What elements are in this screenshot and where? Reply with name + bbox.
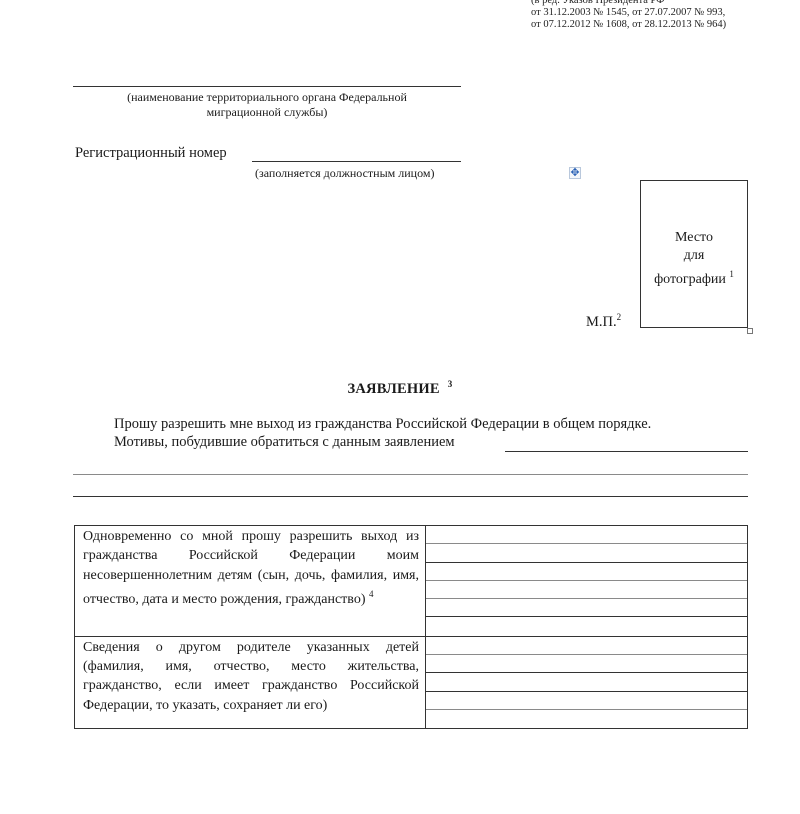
request-text: Прошу разрешить мне выход из гражданства… (114, 416, 651, 433)
table-row: Сведения о другом родителе указанных дет… (75, 636, 748, 728)
motives-field[interactable] (505, 451, 748, 452)
amendment-line: от 31.12.2003 № 1545, от 27.07.2007 № 99… (531, 7, 726, 19)
footnote-marker: 1 (729, 269, 734, 279)
statement-title: ЗАЯВЛЕНИЕ3 (0, 379, 800, 398)
footnote-marker: 3 (448, 379, 453, 389)
entry-line[interactable] (426, 544, 747, 562)
resize-handle-icon[interactable] (747, 328, 753, 334)
footnote-marker: 2 (617, 312, 622, 322)
amendment-line: от 07.12.2012 № 1608, от 28.12.2013 № 96… (531, 19, 726, 31)
table-entry-cell (426, 636, 748, 728)
title-text: ЗАЯВЛЕНИЕ (348, 381, 440, 397)
footnote-marker: 4 (369, 589, 374, 599)
entry-line[interactable] (426, 710, 747, 728)
reg-number-field[interactable] (252, 161, 461, 162)
entry-line[interactable] (426, 581, 747, 599)
entry-line[interactable] (426, 637, 747, 655)
table-entry-cell (426, 526, 748, 637)
photo-label-line: для (641, 247, 747, 265)
motives-field-line-2[interactable] (73, 474, 748, 475)
authority-caption-line: (наименование территориального органа Фе… (73, 90, 461, 105)
photo-label: Место для фотографии 1 (641, 229, 747, 289)
authority-caption: (наименование территориального органа Фе… (73, 90, 461, 120)
entry-line[interactable] (426, 563, 747, 581)
motives-field-line-3[interactable] (73, 496, 748, 497)
entry-line[interactable] (426, 599, 747, 617)
amendment-note: (в ред. Указов Президента РФ от 31.12.20… (531, 0, 726, 31)
entry-line[interactable] (426, 655, 747, 673)
photo-label-line: Место (641, 229, 747, 247)
photo-label-line: фотографии (654, 272, 726, 287)
move-handle-icon[interactable]: ✥ (569, 167, 581, 179)
other-parent-label: Сведения о другом родителе указанных дет… (83, 640, 419, 713)
authority-name-field[interactable] (73, 86, 461, 87)
stamp-text: М.П. (586, 314, 617, 330)
table-row: Одновременно со мной прошу разрешить вых… (75, 526, 748, 637)
entry-line[interactable] (426, 617, 747, 635)
authority-caption-line: миграционной службы) (73, 105, 461, 120)
entry-line[interactable] (426, 526, 747, 544)
reg-number-caption: (заполняется должностным лицом) (255, 166, 434, 181)
reg-number-label: Регистрационный номер (75, 145, 227, 162)
stamp-label: М.П.2 (586, 312, 621, 331)
table-label-cell: Одновременно со мной прошу разрешить вых… (75, 526, 426, 637)
motives-label: Мотивы, побудившие обратиться с данным з… (114, 434, 455, 451)
children-table: Одновременно со мной прошу разрешить вых… (74, 525, 748, 729)
entry-line[interactable] (426, 673, 747, 691)
amendment-line: (в ред. Указов Президента РФ (531, 0, 726, 7)
entry-line[interactable] (426, 692, 747, 710)
photo-placeholder: Место для фотографии 1 (640, 180, 748, 328)
table-label-cell: Сведения о другом родителе указанных дет… (75, 636, 426, 728)
